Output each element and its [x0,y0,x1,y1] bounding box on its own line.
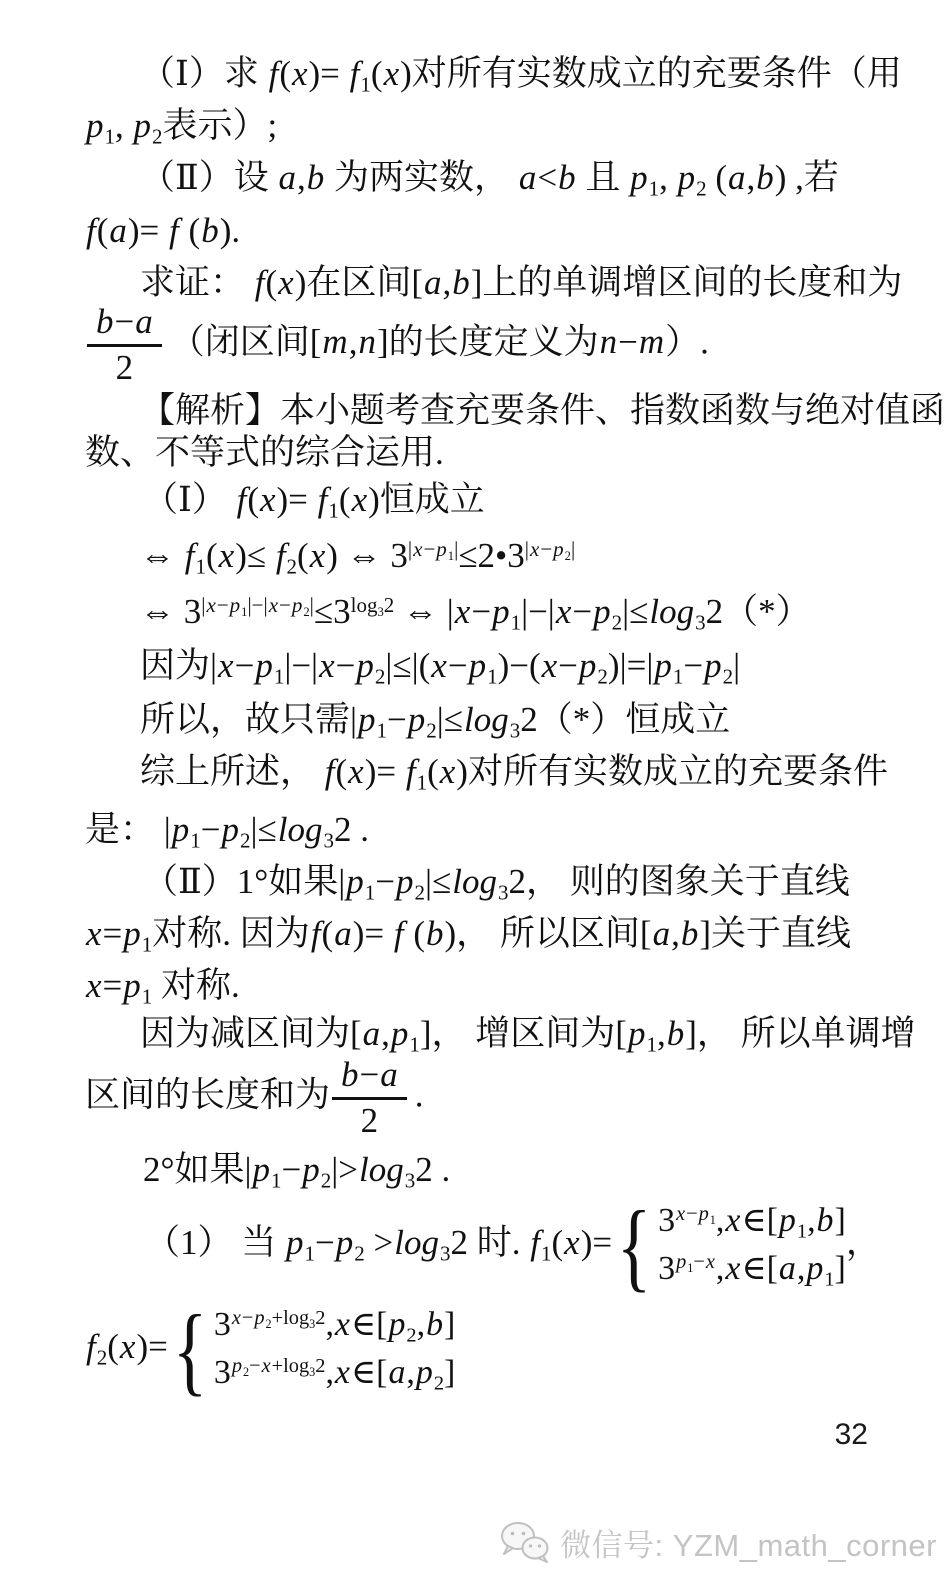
math-variable: x [85,914,103,953]
text-run: |≤ [425,862,451,901]
text-run: ⇔ | [394,592,454,631]
text-run: |≤|( [385,646,430,685]
math-variable: p [592,592,612,631]
subscript: 3 [510,719,521,743]
math-variable: p [629,158,649,197]
math-variable: x [541,646,559,685]
text-run: )= [365,752,405,791]
text-run: )= [277,480,317,519]
subscript: 1 [305,1242,316,1266]
text-run: 2 [315,1355,325,1377]
text-run: +log [272,1355,310,1377]
text-run: − [558,646,578,685]
text-run: ( [266,263,278,302]
text-run: 3 [658,1250,675,1287]
text-run: |−| [284,646,318,685]
math-variable: x [347,752,365,791]
text-line: 是： |p1−p2|≤log32 . [85,794,925,852]
math-variable: f [393,914,405,953]
text-run: − [375,862,395,901]
subscript: 1 [328,499,339,523]
text-run: log [351,593,378,617]
subscript: 1 [673,665,684,689]
math-variable: x [563,1223,581,1262]
math-variable: x [383,54,401,93]
math-variable: p [291,593,304,617]
text-run: ( [405,914,425,953]
text-run: （*）恒成立 [538,700,731,739]
text-run: − [315,1223,335,1262]
subscript: 2 [696,177,707,201]
math-variable: p [435,537,448,561]
math-variable: m [321,322,348,361]
text-run: |≤ [437,700,463,739]
math-variable: p [390,1014,410,1053]
subscript: 1 [649,177,660,201]
text-line: ⇔ 3|x−p1|−|x−p2|≤3log32 ⇔ |x−p1|−|x−p2|≤… [85,578,925,634]
text-run: 2 [384,593,395,617]
text-line: （Ⅱ）设 a,b 为两实数， a<b 且 p1, p2 (a,b) ,若 [85,148,925,200]
text-line: 综上所述， f(x)= f1(x)对所有实数成立的充要条件 [85,742,925,794]
subscript: 2 [240,829,251,853]
math-variable: n [357,322,377,361]
math-variable: x [529,537,540,561]
fraction: b−a2 [332,1057,407,1140]
text-run: 且 [577,158,630,197]
text-run: （Ⅱ）设 [140,158,278,197]
fraction-numerator: b−a [332,1057,407,1100]
math-variable: p [301,1150,321,1189]
math-variable: f [275,536,287,575]
subscript: 1 [646,1033,657,1057]
math-variable: a [333,914,353,953]
text-run: − [540,537,552,561]
subscript: 2 [612,611,623,635]
line-content: （Ⅰ）求 f(x)= f1(x)对所有实数成立的充要条件（用 [85,54,902,96]
math-variable: m [638,322,665,361]
text-run: − [471,592,491,631]
text-run: ⇔ [140,536,184,575]
superscript: |x−p1|−|x−p2| [201,593,314,617]
text-line: （Ⅰ） f(x)= f1(x)恒成立 [85,474,925,522]
text-run: ]， 所以单调增 [685,1014,915,1053]
text-run: . [433,1150,451,1189]
line-content: （Ⅰ） f(x)= f1(x)恒成立 [85,480,485,522]
line-content: ⇔ f1(x)≤ f2(x) ⇔ 3|x−p1|≤2•3|x−p2| [85,536,575,578]
line-content: （Ⅱ）1°如果|p1−p2|≤log32， 则的图象关于直线 [85,862,850,904]
text-run: = [103,914,123,953]
subscript: 2 [426,719,437,743]
math-variable: x [268,593,279,617]
subscript: 2 [97,1346,108,1370]
text-line: f2(x)={3x−p2+log32,x∈[p2,b]3p2−x+log32,x… [85,1300,925,1400]
text-run: ( [247,480,259,519]
subscript: 3 [323,829,334,853]
subscript: 1 [360,73,371,97]
math-variable: p [355,646,375,685]
math-variable: x [218,536,236,575]
line-content: 区间的长度和为b−a2. [85,1057,424,1140]
text-run: （1） 当 [145,1223,285,1262]
text-run: ] [444,1354,455,1391]
subscript: 3 [440,1242,451,1266]
text-run: , [297,158,306,197]
math-variable: p [703,646,723,685]
text-run: − [448,646,468,685]
text-run: ( [371,54,383,93]
text-run: > [365,1223,394,1262]
math-variable: b [755,158,775,197]
text-run: 时. [468,1223,529,1262]
text-run: ( [279,54,291,93]
text-run: , [671,914,680,953]
fraction-denominator: 2 [332,1100,407,1140]
text-run: . [415,1075,424,1114]
subscript: 1 [409,1033,420,1057]
text-run: − [282,1150,302,1189]
math-variable: p [254,646,274,685]
text-run: − [235,646,255,685]
line-content: 求证： f(x)在区间[a,b]上的单调增区间的长度和为 [85,263,902,304]
text-run: ∈[ [741,1250,777,1287]
math-variable: x [412,537,423,561]
math-variable: f [236,480,248,519]
text-run: = [103,966,123,1005]
text-line: f(a)= f (b). [85,200,925,252]
superscript: x−p1 [675,1203,716,1225]
text-run: − [618,322,638,361]
wechat-icon [499,1521,551,1565]
math-variable: p [677,158,697,197]
math-variable: x [318,646,336,685]
subscript: 2 [152,125,163,149]
line-content: f2(x)={3x−p2+log32,x∈[p2,b]3p2−x+log32,x… [85,1306,455,1394]
math-variable: p [552,537,565,561]
subscript: 1 [487,665,498,689]
text-run: − [572,592,592,631]
text-run: |> [331,1150,358,1189]
text-run: , [746,158,755,197]
text-run: ) [456,752,468,791]
math-variable: b [200,211,220,250]
math-variable: f [405,752,417,791]
math-variable: a [108,211,128,250]
text-run: 对称. [152,966,240,1005]
math-variable: p [468,646,488,685]
text-run: , [659,158,677,197]
text-run: ≤3 [314,592,351,631]
math-variable: x [291,54,309,93]
text-run: 因为| [140,646,217,685]
text-run: )= [581,1223,612,1262]
text-run: − [201,810,221,849]
math-variable: p [231,1355,243,1377]
math-variable: a [379,1055,399,1094]
math-variable: x [454,592,472,631]
text-run: ( [180,211,200,250]
math-variable: p [335,1223,355,1262]
math-variable: p [653,646,673,685]
text-run: , [417,1306,425,1343]
math-variable: p [133,106,153,145]
text-run: 【解析】本小题考查充要条件、指数函数与绝对值函 [140,391,945,430]
text-run: ]关于直线 [699,914,851,953]
text-run: ] [835,1202,846,1239]
math-variable: a [778,1250,797,1287]
subscript: 1 [541,1242,552,1266]
text-line: 【解析】本小题考查充要条件、指数函数与绝对值函 [85,386,925,432]
text-run: − [279,593,291,617]
math-variable: x [119,1327,137,1366]
case-row: 3x−p1,x∈[p1,b] [658,1202,846,1242]
text-run: , [406,1354,414,1391]
text-line: （Ⅱ）1°如果|p1−p2|≤log32， 则的图象关于直线 [85,852,925,904]
text-line: 因为|x−p1|−|x−p2|≤|(x−p1)−(x−p2)|=|p1−p2| [85,634,925,688]
math-variable: a [362,1014,382,1053]
text-run: ) [368,480,380,519]
math-variable: p [395,862,415,901]
math-variable: p [387,1306,406,1343]
line-content: x=p1 对称. [85,966,240,1008]
text-run: − [249,1355,260,1377]
math-variable: p [578,646,598,685]
text-run: )= [353,914,393,953]
math-variable: x [555,592,573,631]
text-run: | [571,537,575,561]
text-run: ] [444,1306,455,1343]
text-run: （Ⅰ） [143,480,236,519]
math-variable: x [675,1203,686,1225]
text-run: 数、不等式的综合运用. [85,433,444,472]
math-variable: p [357,700,377,739]
math-variable: p [627,1014,647,1053]
text-run: ， [846,1223,881,1262]
text-line: （Ⅰ）求 f(x)= f1(x)对所有实数成立的充要条件（用 [85,44,925,96]
text-run: − [115,302,135,341]
line-content: 综上所述， f(x)= f1(x)对所有实数成立的充要条件 [85,752,888,794]
math-variable: f [254,263,266,302]
math-variable: x [439,752,457,791]
math-variable: x [261,1355,272,1377]
text-run: ）. [665,322,709,361]
math-variable: p [407,700,427,739]
text-run: ⇔ 3 [140,592,201,631]
subscript: 2 [375,665,386,689]
text-run: ( [297,536,309,575]
text-run: 是： | [85,810,171,849]
subscript: 2 [354,1242,365,1266]
text-run: 2 [415,1150,433,1189]
line-content: 因为|x−p1|−|x−p2|≤|(x−p1)−(x−p2)|=|p1−p2| [85,646,740,688]
text-run: 恒成立 [380,480,485,519]
math-variable: log [451,862,498,901]
subscript: 2 [415,881,426,905]
text-run: ] [835,1250,846,1287]
text-run: 在区间[ [306,263,423,302]
text-run: 2 [706,592,724,631]
text-run: , [807,1202,815,1239]
line-content: b−a2（闭区间[m,n]的长度定义为n−m）. [85,304,709,387]
math-variable: a [518,158,538,197]
math-variable: b [95,302,115,341]
math-variable: f [529,1223,541,1262]
math-variable: p [285,1223,305,1262]
math-variable: p [229,593,242,617]
fraction: b−a2 [87,304,162,387]
text-run: ) ,若 [775,158,839,197]
text-run: 求证： [140,263,254,302]
math-variable: f [85,211,97,250]
line-content: （Ⅱ）设 a,b 为两实数， a<b 且 p1, p2 (a,b) ,若 [85,158,839,200]
text-line: ⇔ f1(x)≤ f2(x) ⇔ 3|x−p1|≤2•3|x−p2| [85,522,925,578]
text-run: ( [427,752,439,791]
text-run: ) [295,263,307,302]
text-line: 数、不等式的综合运用. [85,432,925,474]
text-run: ]上的单调增区间的长度和为 [471,263,903,302]
text-run: 2 [334,810,352,849]
math-variable: f [268,54,280,93]
text-run: < [537,158,557,197]
math-variable: a [423,263,443,302]
math-variable: f [324,752,336,791]
math-variable: p [85,106,105,145]
math-variable: x [334,1354,351,1391]
math-variable: f [168,211,180,250]
text-run: )， 所以区间[ [445,914,652,953]
text-run: )|=| [608,646,653,685]
text-run: ]的长度定义为 [377,322,599,361]
text-run: 3 [658,1202,675,1239]
math-variable: log [358,1150,405,1189]
math-variable: f [85,1327,97,1366]
text-run: ( [707,158,727,197]
math-variable: x [259,480,277,519]
math-variable: p [778,1202,797,1239]
subscript: 1 [105,125,116,149]
math-variable: x [724,1202,741,1239]
subscript: 1 [142,985,153,1009]
cases-rows: 3x−p1,x∈[p1,b]3p1−x,x∈[a,p1] [658,1202,846,1290]
subscript: 1 [797,1221,807,1243]
math-variable: f [317,480,329,519]
text-run: ( [322,914,334,953]
text-line: 求证： f(x)在区间[a,b]上的单调增区间的长度和为 [85,252,925,304]
math-variable: x [277,263,295,302]
text-run: , [443,263,452,302]
watermark-footer: 微信号: YZM_math_corner [499,1520,937,1565]
text-line: 因为减区间为[a,p1]， 增区间为[p1,b]， 所以单调增 [85,1008,925,1056]
math-variable: p [122,914,142,953]
text-run: ) ⇔ 3 [326,536,408,575]
text-run: 2 [451,1223,469,1262]
subscript: 1 [274,665,285,689]
text-run: − [686,1203,697,1225]
subscript: 2 [597,665,608,689]
text-line: 所以，故只需|p1−p2|≤log32（*）恒成立 [85,688,925,742]
math-variable: log [393,1223,440,1262]
math-variable: x [334,1306,351,1343]
math-variable: x [724,1250,741,1287]
subscript: 1 [377,719,388,743]
math-variable: a [387,1354,406,1391]
math-variable: a [652,914,672,953]
text-run: ( [206,536,218,575]
text-run: |−| [521,592,555,631]
subscript: 2 [287,555,298,579]
text-run: ≤2•3 [458,536,524,575]
text-run: − [693,1251,704,1273]
math-variable: b [816,1202,835,1239]
text-run: 表示）; [163,106,278,145]
subscript: 3 [405,1169,416,1193]
text-run: |≤ [622,592,648,631]
text-run: （Ⅱ）1°如果| [143,862,345,901]
line-content: 因为减区间为[a,p1]， 增区间为[p1,b]， 所以单调增 [85,1014,916,1056]
math-variable: log [277,810,324,849]
superscript: |x−p2| [525,537,575,561]
text-run: )= [136,1327,167,1366]
math-variable: x [205,593,216,617]
text-line: x=p1对称. 因为f(a)= f (b)， 所以区间[a,b]关于直线 [85,904,925,956]
math-variable: b [340,1055,360,1094]
math-variable: x [351,480,369,519]
document-body: （Ⅰ）求 f(x)= f1(x)对所有实数成立的充要条件（用p1, p2表示）;… [0,0,945,1400]
math-variable: x [430,646,448,685]
subscript: 1 [511,611,522,635]
text-run: 对称. 因为 [152,914,310,953]
subscript: 3 [695,611,706,635]
text-run: ]， 增区间为[ [420,1014,627,1053]
subscript: 1 [271,1169,282,1193]
text-run: ( [97,211,109,250]
math-variable: p [805,1250,824,1287]
text-run: − [217,593,229,617]
subscript: 2 [723,665,734,689]
text-line: x=p1 对称. [85,956,925,1008]
text-run: 2 [520,700,538,739]
line-content: ⇔ 3|x−p1|−|x−p2|≤3log32 ⇔ |x−p1|−|x−p2|≤… [85,592,811,634]
text-run: +log [272,1307,310,1329]
text-run: 2 [361,1101,379,1140]
math-variable: p [698,1203,710,1225]
text-run: |−| [247,593,267,617]
text-run: 3 [214,1354,231,1391]
subscript: 1 [190,829,201,853]
text-run: | [733,646,740,685]
text-run: )≤ [235,536,275,575]
text-run: ). [220,211,240,250]
math-variable: p [345,862,365,901]
text-run: , [657,1014,666,1053]
math-variable: p [675,1251,687,1273]
text-run: , [115,106,133,145]
math-variable: x [231,1307,242,1329]
text-run: 综上所述， [140,752,324,791]
text-line: 区间的长度和为b−a2. [85,1056,925,1140]
text-run: ∈[ [351,1354,387,1391]
math-variable: n [599,322,619,361]
line-content: （1） 当 p1−p2 >log32 时. f1(x)={3x−p1,x∈[p1… [85,1202,881,1290]
line-content: 数、不等式的综合运用. [85,433,444,474]
text-run: 2 [315,1307,325,1329]
text-run: |≤ [251,810,277,849]
cases-rows: 3x−p2+log32,x∈[p2,b]3p2−x+log32,x∈[a,p2] [214,1306,456,1394]
math-variable: f [184,536,196,575]
line-content: 【解析】本小题考查充要条件、指数函数与绝对值函 [85,391,945,432]
text-run: )−( [498,646,541,685]
text-run: 所以，故只需| [140,700,357,739]
math-variable: x [705,1251,716,1273]
